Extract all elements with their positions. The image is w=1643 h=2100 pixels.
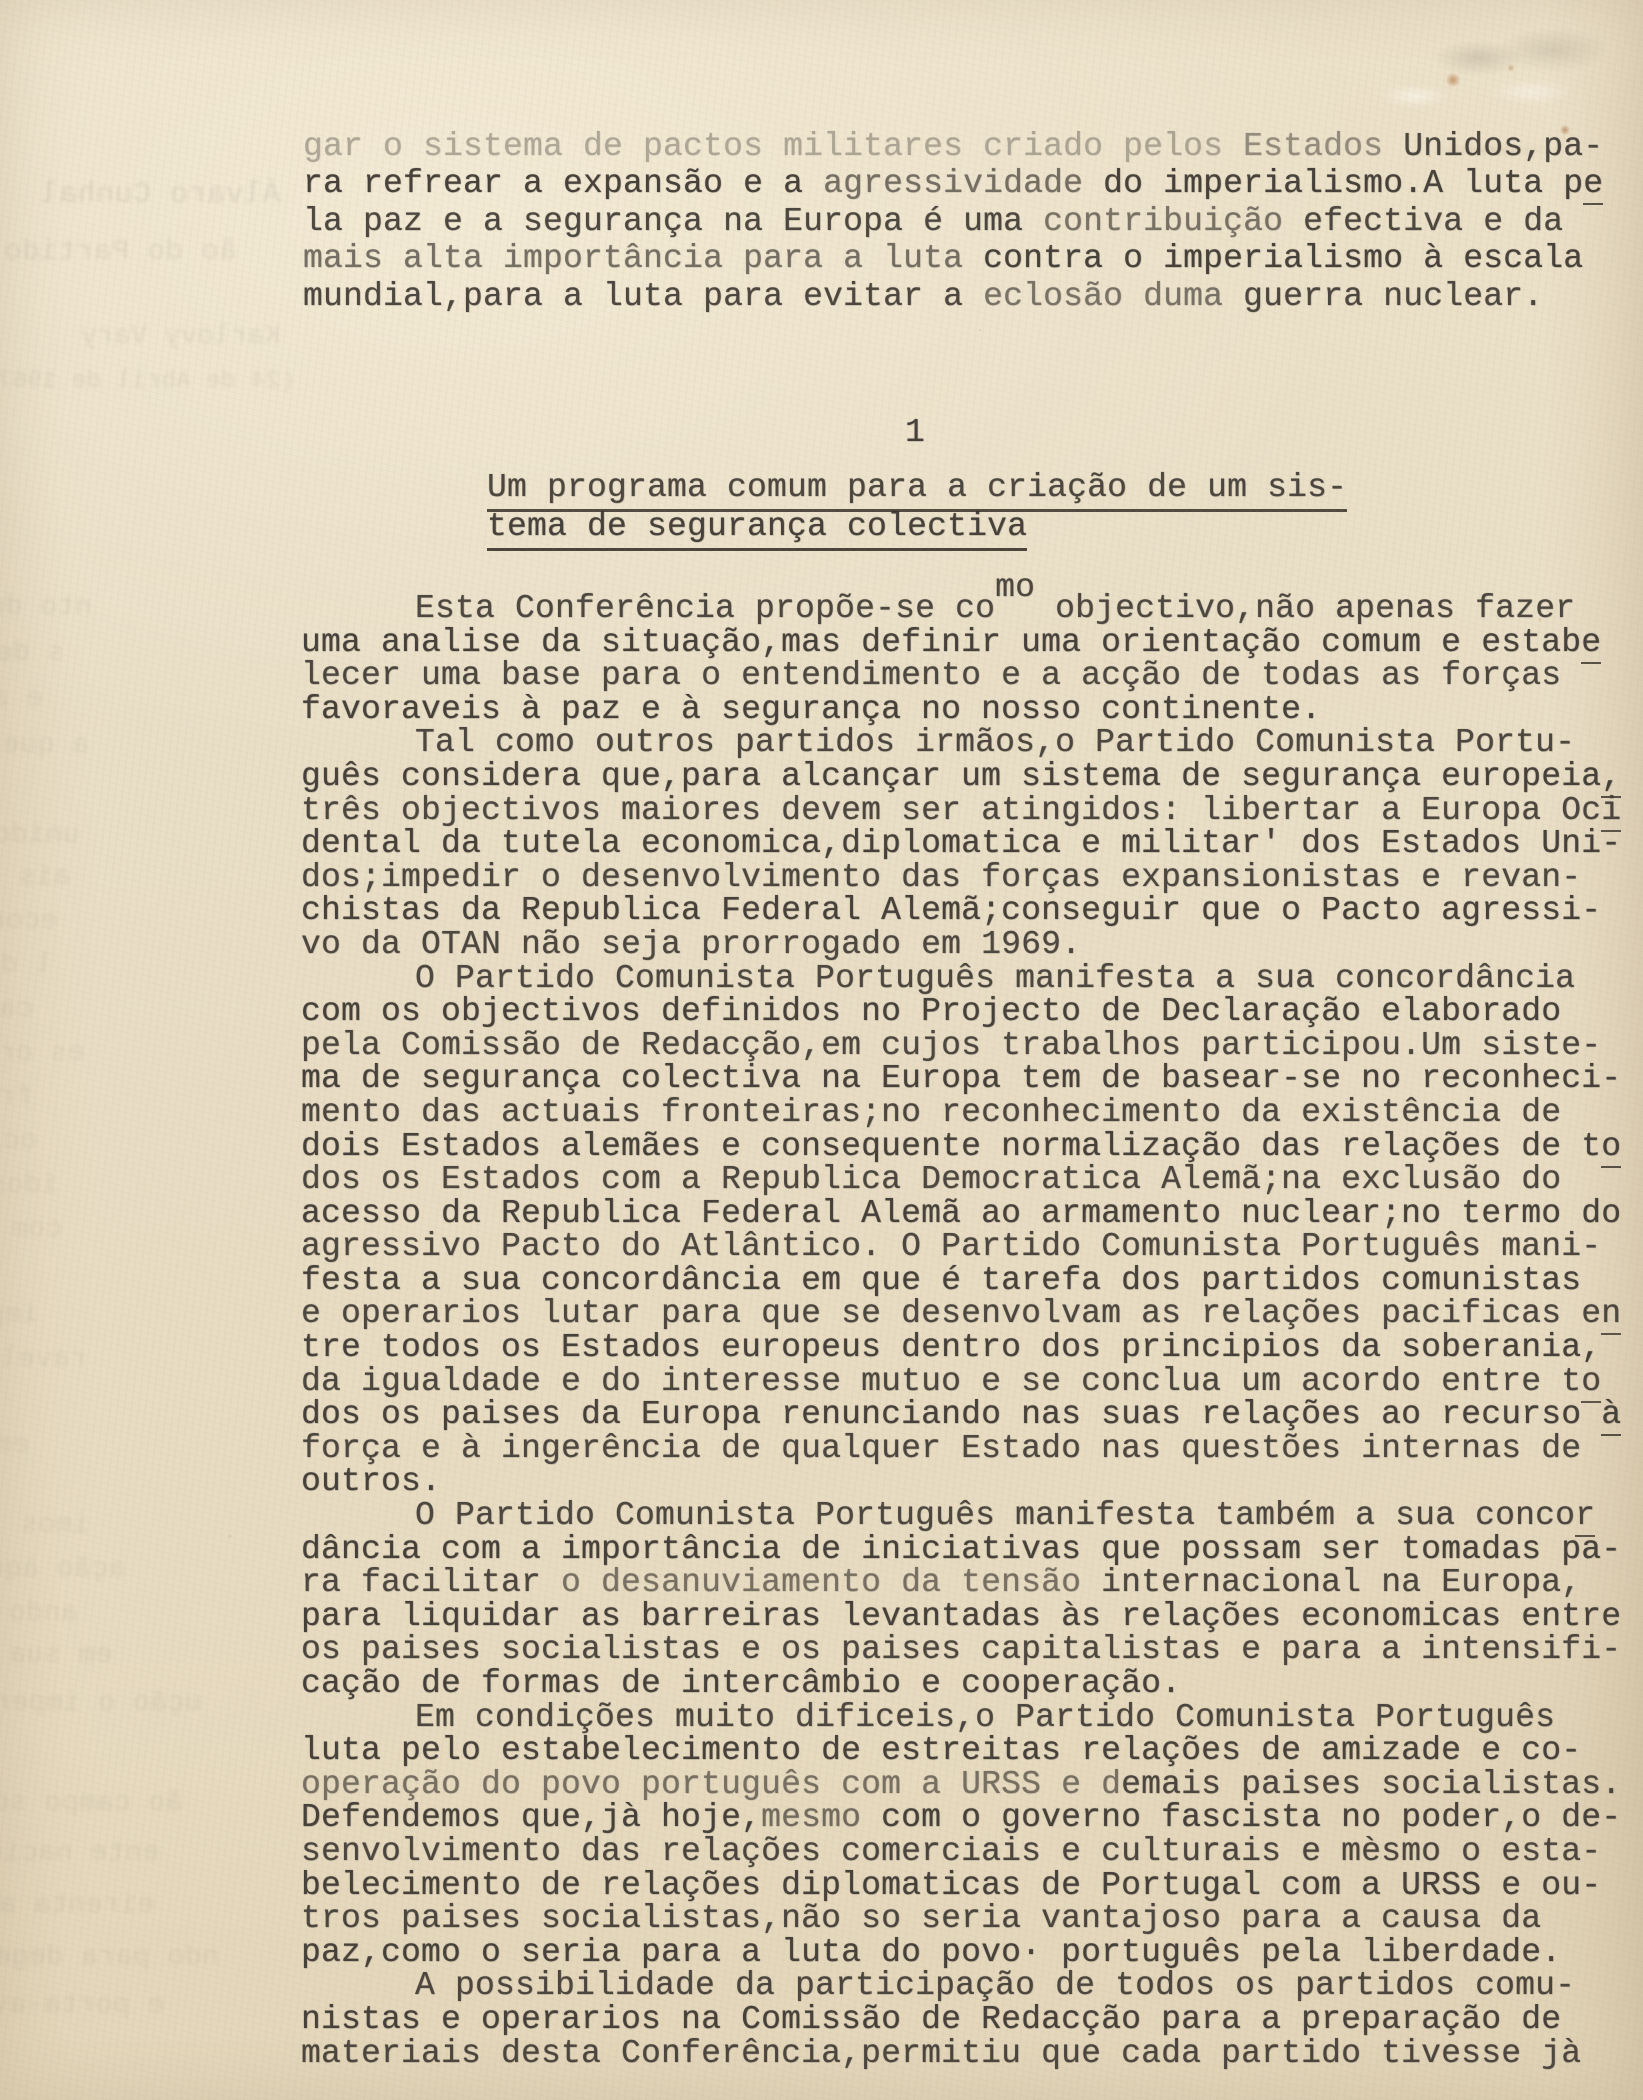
text-segment: o	[1581, 1363, 1601, 1403]
text-segment: paz,como o seria para a luta do povo· po…	[301, 1934, 1561, 1971]
text-segment: vo da OTAN não seja prorrogado em 1969.	[301, 926, 1081, 963]
text-line: lecer uma base para o entendimento e a a…	[301, 659, 1621, 693]
text-segment: pela Comissão de Redacção,em cujos traba…	[301, 1027, 1601, 1064]
text-segment: chistas da Republica Federal Alemã;conse…	[301, 892, 1601, 929]
ghost-fragment: ravelmente poli-	[0, 1344, 87, 1375]
text-line: dos os paises da Europa renunciando nas …	[301, 1398, 1621, 1432]
text-segment: os paises socialistas e os paises capita…	[301, 1631, 1621, 1668]
ghost-fragment: ução o imperialis-	[0, 1688, 201, 1719]
text-segment: favoraveis à paz e à segurança no nosso …	[301, 691, 1321, 728]
text-line: O Partido Comunista Português manifesta …	[301, 1499, 1621, 1533]
text-line: belecimento de relações diplomaticas de …	[301, 1869, 1621, 1903]
text-segment: Defendemos que,jà hoje,	[301, 1799, 761, 1836]
ghost-fragment: ão campo socia	[0, 1788, 182, 1819]
text-segment: dental da tutela economica,diplomatica e…	[301, 825, 1621, 862]
text-line: dos;impedir o desenvolvimento das forças…	[301, 861, 1621, 895]
text-segment: para liquidar as barreiras levantadas às…	[301, 1598, 1621, 1635]
text-segment: efectiva e da	[1283, 203, 1563, 240]
ghost-fragment: ação àqueles anti-	[0, 1554, 125, 1585]
text-segment: cação de formas de intercâmbio e coopera…	[301, 1665, 1181, 1702]
heading-text: tema de segurança colectiva	[487, 508, 1027, 551]
text-line: favoraveis à paz e à segurança no nosso …	[301, 693, 1621, 727]
text-segment: ra facilitar	[301, 1564, 561, 1601]
text-line: os paises socialistas e os paises capita…	[301, 1633, 1621, 1667]
text-line: outros.	[301, 1465, 1621, 1499]
text-line: mundial,para a luta para evitar a eclosã…	[303, 278, 1603, 315]
paragraph: A possibilidade da participação de todos…	[301, 1969, 1621, 2070]
text-segment: à	[1601, 1396, 1621, 1436]
text-line: Em condições muito dificeis,o Partido Co…	[301, 1701, 1621, 1735]
ghost-fragment: a que dei resul-	[0, 730, 89, 761]
ghost-fragment: (24 de Abril de 1967)	[0, 368, 295, 395]
text-segment: contribuição	[1043, 203, 1283, 240]
text-segment: dos os Estados com a Republica Democrati…	[301, 1161, 1561, 1198]
paragraph: O Partido Comunista Português manifesta …	[301, 1499, 1621, 1701]
text-line: mento das actuais fronteiras;no reconhec…	[301, 1096, 1621, 1130]
ghost-fragment: em sua propria	[0, 1640, 112, 1671]
text-segment: agressivo Pacto do Atlântico. O Partido …	[301, 1228, 1601, 1265]
text-line: Esta Conferência propõe-se como objectiv…	[301, 592, 1621, 626]
text-segment: Em condições muito dificeis,o Partido Co…	[415, 1699, 1555, 1736]
text-line: vo da OTAN não seja prorrogado em 1969.	[301, 928, 1621, 962]
text-segment: Estados	[1243, 128, 1403, 165]
text-line: acesso da Republica Federal Alemã ao arm…	[301, 1197, 1621, 1231]
text-segment: do imperialismo.A luta p	[1083, 165, 1583, 202]
text-segment: O Partido Comunista Português manifesta …	[415, 1497, 1575, 1534]
section-heading: Um programa comum para a criação de um s…	[487, 468, 1347, 546]
text-segment: mesmo	[761, 1799, 861, 1836]
ghost-fragment: economico como	[0, 906, 57, 937]
text-line: tros paises socialistas,não so seria van…	[301, 1902, 1621, 1936]
text-segment: guês considera que,para alcançar um sist…	[301, 758, 1601, 795]
text-segment: mo	[995, 569, 1035, 606]
text-segment: emais paises socialistas.	[1121, 1766, 1621, 1803]
text-segment: mundial,para a luta para evitar a	[303, 278, 983, 315]
text-segment: e	[1583, 165, 1603, 205]
text-segment: la paz e a segurança na Europa é uma	[303, 203, 1043, 240]
text-segment: dos;impedir o desenvolvimento das forças…	[301, 859, 1581, 896]
ghost-fragment: idos de paises	[0, 1170, 58, 1201]
text-segment: tre todos os Estados europeus dentro dos…	[301, 1329, 1601, 1366]
text-line: materiais desta Conferência,permitiu que…	[301, 2037, 1621, 2071]
text-segment: mais alta importância para a luta	[303, 240, 983, 277]
text-segment: o desanuviamento da tensão	[561, 1564, 1081, 1601]
heading-text: Um programa comum para a criação de um s…	[487, 469, 1347, 512]
ghost-fragment: ocinas e o my	[0, 1126, 37, 1157]
text-segment: uma analise da situação,mas definir uma …	[301, 624, 1581, 661]
text-line: paz,como o seria para a luta do povo· po…	[301, 1936, 1621, 1970]
text-line: senvolvimento das relações comerciais e …	[301, 1835, 1621, 1869]
text-segment: luta pelo estabelecimento de estreitas r…	[301, 1732, 1581, 1769]
ghost-fragment: cas políticas	[0, 994, 33, 1025]
text-line: para liquidar as barreiras levantadas às…	[301, 1600, 1621, 1634]
text-segment: e	[1581, 624, 1601, 664]
heading-line: Um programa comum para a criação de um s…	[487, 468, 1347, 507]
text-line: ma de segurança colectiva na Europa tem …	[301, 1062, 1621, 1096]
text-segment: com os objectivos definidos no Projecto …	[301, 993, 1561, 1030]
body-paragraphs: Esta Conferência propõe-se como objectiv…	[301, 592, 1621, 2070]
text-segment: dância com a importância de iniciativas …	[301, 1531, 1621, 1568]
text-segment: e operarios lutar para que se desenvolva…	[301, 1295, 1601, 1332]
text-segment: nistas e operarios na Comissão de Redacç…	[301, 2001, 1561, 2038]
text-line: mais alta importância para a luta contra…	[303, 240, 1603, 277]
text-segment: outros.	[301, 1463, 441, 1500]
text-line: la paz e a segurança na Europa é uma con…	[303, 203, 1603, 240]
ghost-fragment: Karlovy Vary	[80, 322, 280, 352]
text-segment: senvolvimento das relações comerciais e …	[301, 1833, 1601, 1870]
text-line: dância com a importância de iniciativas …	[301, 1533, 1621, 1567]
text-segment: r	[1575, 1497, 1595, 1537]
ghost-fragment: l da reacção e	[0, 950, 52, 981]
text-segment: belecimento de relações diplomaticas de …	[301, 1867, 1601, 1904]
text-line: Tal como outros partidos irmãos,o Partid…	[301, 726, 1621, 760]
text-line: gar o sistema de pactos militares criado…	[303, 128, 1603, 165]
text-line: dental da tutela economica,diplomatica e…	[301, 827, 1621, 861]
text-segment: acesso da Republica Federal Alemã ao arm…	[301, 1195, 1621, 1232]
ghost-fragment: ndo para degene-	[0, 1942, 219, 1973]
text-segment: mento das actuais fronteiras;no reconhec…	[301, 1094, 1561, 1131]
text-segment: operação do povo português com a URSS e …	[301, 1766, 1121, 1803]
text-segment: internacional na Europa,	[1081, 1564, 1581, 1601]
text-line: ra facilitar o desanuviamento da tensão …	[301, 1566, 1621, 1600]
ghost-fragment: em parte dos	[0, 1430, 30, 1461]
text-segment: Unidos,pa-	[1403, 128, 1603, 165]
ghost-fragment: imperialismo,	[0, 1300, 39, 1331]
text-segment: tros paises socialistas,não so seria van…	[301, 1900, 1541, 1937]
text-line: A possibilidade da participação de todos…	[301, 1969, 1621, 2003]
text-segment: objectivo,não apenas fazer	[1035, 590, 1575, 627]
ghost-fragment: unidos contra o	[0, 820, 80, 851]
text-segment: agressividade	[823, 165, 1083, 202]
text-line: chistas da Republica Federal Alemã;conse…	[301, 894, 1621, 928]
text-segment: Esta Conferência propõe-se co	[415, 590, 995, 627]
text-line: com os objectivos definidos no Projecto …	[301, 995, 1621, 1029]
text-line: tre todos os Estados europeus dentro dos…	[301, 1331, 1621, 1365]
ghost-fragment: eirenta ao im-	[0, 1890, 154, 1921]
document-page: Álvaro Cunhalão do Partido CoKarlovy Var…	[0, 0, 1643, 2100]
text-line: ra refrear a expansão e a agressividade …	[303, 165, 1603, 202]
text-line: festa a sua concordância em que é tarefa…	[301, 1264, 1621, 1298]
text-segment: n	[1601, 1295, 1621, 1335]
text-line: dos os Estados com a Republica Democrati…	[301, 1163, 1621, 1197]
text-segment: o	[1601, 1128, 1621, 1168]
text-segment: Tal como outros partidos irmãos,o Partid…	[415, 724, 1575, 761]
ghost-fragment: frente à Uni-	[0, 1082, 33, 1113]
text-segment: festa a sua concordância em que é tarefa…	[301, 1262, 1581, 1299]
text-line: nistas e operarios na Comissão de Redacç…	[301, 2003, 1621, 2037]
heading-line: tema de segurança colectiva	[487, 507, 1347, 546]
text-segment: i	[1601, 792, 1621, 832]
text-line: uma analise da situação,mas definir uma …	[301, 626, 1621, 660]
text-segment: com o governo fascista no poder,o de-	[861, 1799, 1621, 1836]
text-line: O Partido Comunista Português manifesta …	[301, 962, 1621, 996]
text-segment: ma de segurança colectiva na Europa tem …	[301, 1060, 1621, 1097]
ghost-fragment: s de forças ja	[0, 638, 64, 669]
text-segment: dois Estados alemães e consequente norma…	[301, 1128, 1601, 1165]
text-segment: eclosão duma	[983, 278, 1223, 315]
text-segment: dos os paises da Europa renunciando nas …	[301, 1396, 1601, 1433]
text-segment: contra o imperialismo à escala	[983, 240, 1583, 277]
ghost-fragment: ando anti-sove-	[0, 1598, 78, 1629]
text-line: da igualdade e do interesse mutuo e se c…	[301, 1365, 1621, 1399]
ghost-fragment: com força bas-	[0, 1214, 62, 1245]
text-segment: ra refrear a expansão e a	[303, 165, 823, 202]
text-segment: materiais desta Conferência,permitiu que…	[301, 2035, 1581, 2072]
ghost-fragment: ais na América	[0, 862, 70, 893]
text-segment: guerra nuclear.	[1223, 278, 1543, 315]
text-segment: da igualdade e do interesse mutuo e se c…	[301, 1363, 1581, 1400]
text-line: e operarios lutar para que se desenvolva…	[301, 1297, 1621, 1331]
paragraph: Em condições muito dificeis,o Partido Co…	[301, 1701, 1621, 1970]
text-line: agressivo Pacto do Atlântico. O Partido …	[301, 1230, 1621, 1264]
text-segment: O Partido Comunista Português manifesta …	[415, 960, 1575, 997]
text-line: Defendemos que,jà hoje,mesmo com o gover…	[301, 1801, 1621, 1835]
text-line: força e à ingerência de qualquer Estado …	[301, 1432, 1621, 1466]
text-line: operação do povo português com a URSS e …	[301, 1768, 1621, 1802]
paragraph: O Partido Comunista Português manifesta …	[301, 962, 1621, 1500]
ghost-fragment: ão do Partido Co	[0, 235, 236, 268]
section-number: 1	[905, 414, 925, 451]
text-segment: três objectivos maiores devem ser atingi…	[301, 792, 1601, 829]
ghost-fragment: nto duas carac-	[0, 592, 92, 623]
ghost-fragment: es ordem mas og	[0, 1038, 85, 1069]
intro-paragraph: gar o sistema de pactos militares criado…	[303, 128, 1603, 315]
text-segment: A possibilidade da participação de todos…	[415, 1967, 1575, 2004]
ghost-fragment: Álvaro Cunhal	[40, 178, 281, 212]
text-line: guês considera que,para alcançar um sist…	[301, 760, 1621, 794]
text-line: três objectivos maiores devem ser atingi…	[301, 794, 1621, 828]
text-line: pela Comissão de Redacção,em cujos traba…	[301, 1029, 1621, 1063]
text-segment: força e à ingerência de qualquer Estado …	[301, 1430, 1581, 1467]
paragraph: Esta Conferência propõe-se como objectiv…	[301, 592, 1621, 726]
paragraph: Tal como outros partidos irmãos,o Partid…	[301, 726, 1621, 961]
text-line: dois Estados alemães e consequente norma…	[301, 1130, 1621, 1164]
text-segment: gar o sistema de pactos militares criado…	[303, 128, 1243, 165]
ghost-fragment: e porta-aviões	[0, 1990, 164, 2021]
ghost-fragment: e agressivos-	[0, 684, 43, 715]
text-segment: lecer uma base para o entendimento e a a…	[301, 657, 1561, 694]
text-line: cação de formas de intercâmbio e coopera…	[301, 1667, 1621, 1701]
ghost-fragment: imos lutam pela	[0, 1510, 90, 1541]
ghost-fragment: ente nacional	[0, 1838, 159, 1869]
text-line: luta pelo estabelecimento de estreitas r…	[301, 1734, 1621, 1768]
